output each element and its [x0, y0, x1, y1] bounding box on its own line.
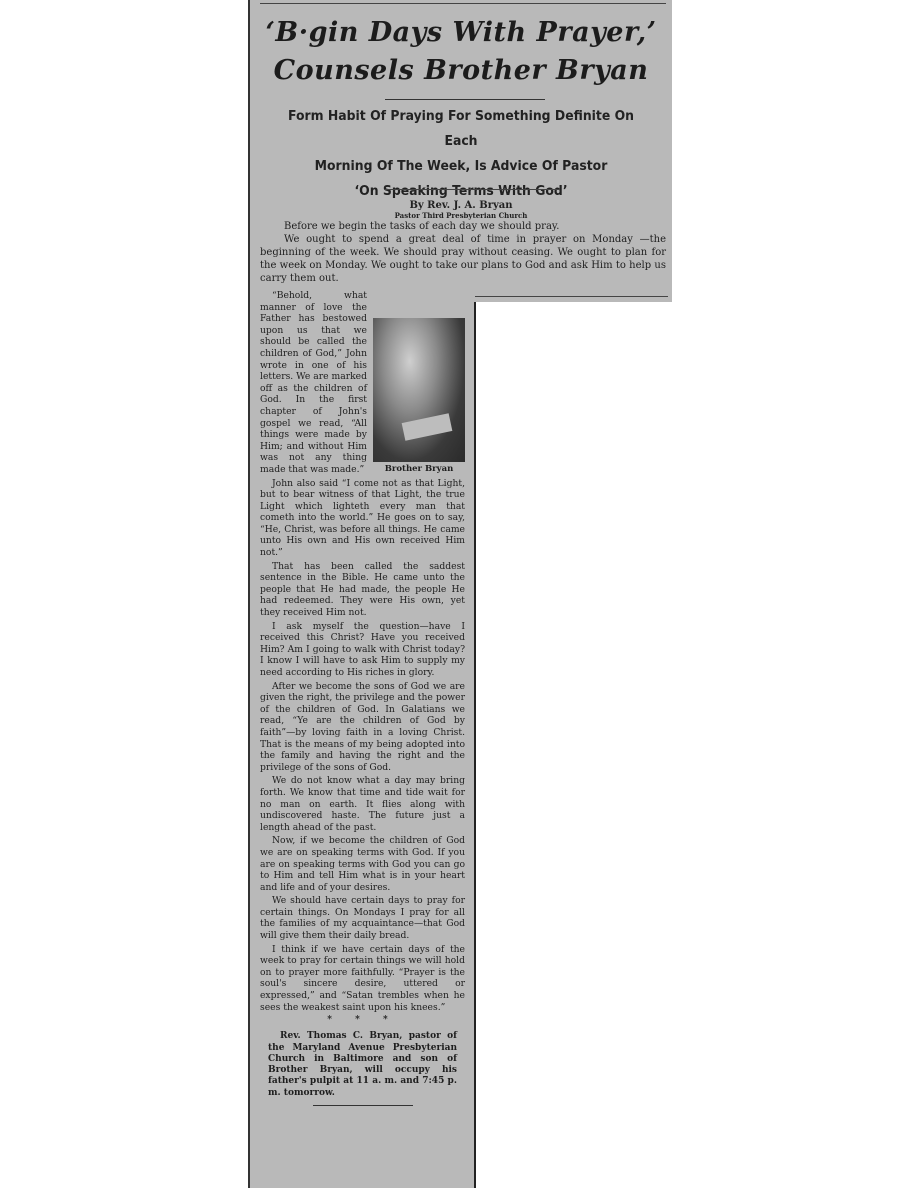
photo-caption: Brother Bryan: [373, 464, 465, 475]
headline: ‘B·gin Days With Prayer,’ Counsels Broth…: [250, 14, 672, 90]
headline-line-2: Counsels Brother Bryan: [250, 52, 672, 90]
body-paragraph: Now, if we become the children of God we…: [260, 835, 465, 893]
announcement-note: Rev. Thomas C. Bryan, pastor of the Mary…: [260, 1025, 465, 1099]
deck-line-1: Form Habit Of Praying For Something Defi…: [271, 104, 652, 154]
intro-rule: [475, 296, 668, 297]
intro-paragraphs: Before we begin the tasks of each day we…: [260, 220, 666, 285]
section-separator: * * *: [260, 1015, 465, 1025]
deck-line-2: Morning Of The Week, Is Advice Of Pastor: [271, 154, 652, 179]
headline-rule: [385, 99, 545, 100]
top-rule: [260, 3, 666, 4]
body-paragraph: That has been called the saddest sentenc…: [260, 561, 465, 619]
headline-line-1: ‘B·gin Days With Prayer,’: [250, 14, 672, 52]
body-paragraph: I think if we have certain days of the w…: [260, 944, 465, 1014]
intro-paragraph: Before we begin the tasks of each day we…: [260, 220, 666, 233]
photo-collar-detail: [402, 413, 453, 441]
closing-rule: [313, 1105, 413, 1106]
portrait-photo: [373, 318, 465, 462]
article-clipping-column: Brother Bryan “Behold, what manner of lo…: [248, 302, 476, 1188]
body-paragraph: John also said “I come not as that Light…: [260, 478, 465, 559]
deck-rule: [385, 189, 560, 190]
byline-author: By Rev. J. A. Bryan: [250, 200, 672, 211]
byline-title: Pastor Third Presbyterian Church: [250, 211, 672, 220]
body-paragraph: I ask myself the question—have I receive…: [260, 621, 465, 679]
body-paragraph: After we become the sons of God we are g…: [260, 681, 465, 774]
intro-paragraph: We ought to spend a great deal of time i…: [260, 233, 666, 285]
body-paragraph: We should have certain days to pray for …: [260, 895, 465, 941]
article-clipping-header: ‘B·gin Days With Prayer,’ Counsels Broth…: [248, 0, 672, 302]
byline: By Rev. J. A. Bryan Pastor Third Presbyt…: [250, 200, 672, 220]
article-body: Brother Bryan “Behold, what manner of lo…: [260, 290, 465, 1106]
body-paragraph: We do not know what a day may bring fort…: [260, 775, 465, 833]
